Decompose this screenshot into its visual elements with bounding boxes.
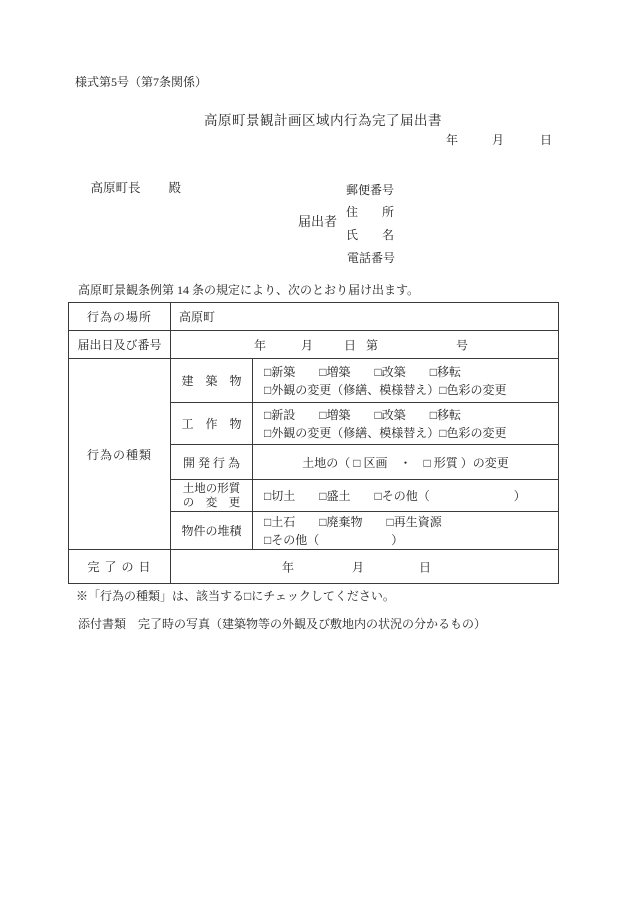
deposit-options-line2: □その他（ ） [264, 531, 558, 549]
completion-label: 完 了 の 日 [69, 550, 171, 584]
notifier-address-label: 住 所 [346, 205, 394, 220]
addressee-line: 高原町長殿 [78, 166, 181, 211]
completion-day-label: 日 [419, 558, 431, 575]
notice-number-suffix: 号 [456, 336, 468, 353]
development-label: 開 発 行 為 [171, 445, 253, 480]
building-options: □新築 □増築 □改築 □移転 □外観の変更（修繕、模様替え）□色彩の変更 [253, 359, 559, 403]
notifier-postal-label: 郵便番号 [346, 183, 394, 198]
attachment-note: 添付書類 完了時の写真（建築物等の外観及び敷地内の状況の分かるもの） [78, 617, 486, 632]
row-building: 行為の種類 建 築 物 □新築 □増築 □改築 □移転 □外観の変更（修繕、模様… [69, 359, 559, 403]
place-label: 行為の場所 [69, 303, 171, 331]
row-place: 行為の場所 高原町 [69, 303, 559, 331]
structure-label: 工 作 物 [171, 403, 253, 445]
row-notice-date-number: 届出日及び番号 年 月 日 第 号 [69, 331, 559, 359]
land-shape-options-line1: □切土 □盛土 □その他（ ） [264, 487, 558, 505]
land-shape-label-line1: 土地の形質 [171, 482, 252, 496]
building-options-line1: □新築 □増築 □改築 □移転 [264, 363, 558, 381]
checkbox-instruction-note: ※「行為の種類」は、該当する□にチェックしてください。 [76, 589, 395, 604]
form-table: 行為の場所 高原町 届出日及び番号 年 月 日 第 号 行為の種類 建 築 物 … [68, 302, 559, 584]
structure-options: □新設 □増築 □改築 □移転 □外観の変更（修繕、模様替え）□色彩の変更 [253, 403, 559, 445]
place-value: 高原町 [171, 303, 559, 331]
notice-number-prefix: 第 [366, 336, 378, 353]
notice-value-cell: 年 月 日 第 号 [171, 331, 559, 359]
kind-label: 行為の種類 [69, 359, 171, 550]
addressee-honorific: 殿 [169, 181, 182, 195]
form-title: 高原町景観計画区域内行為完了届出書 [8, 113, 630, 128]
building-label: 建 築 物 [171, 359, 253, 403]
document-page: 様式第5号（第7条関係） 高原町景観計画区域内行為完了届出書 年 月 日 高原町… [0, 0, 630, 903]
building-options-line2: □外観の変更（修繕、模様替え）□色彩の変更 [264, 381, 558, 399]
notice-year-label: 年 [254, 336, 266, 353]
declaration-text: 高原町景観条例第 14 条の規定により、次のとおり届け出ます。 [78, 283, 419, 298]
date-month-label: 月 [492, 133, 504, 148]
development-options: 土地の（ □ 区画 ・ □ 形質 ）の変更 [253, 445, 559, 480]
completion-year-label: 年 [282, 558, 294, 575]
completion-month-label: 月 [352, 558, 364, 575]
deposit-options: □土石 □廃棄物 □再生資源 □その他（ ） [253, 512, 559, 550]
notifier-phone-label: 電話番号 [347, 251, 395, 266]
notice-day-label: 日 [344, 336, 356, 353]
form-number: 様式第5号（第7条関係） [75, 75, 207, 90]
deposit-label: 物件の堆積 [171, 512, 253, 550]
structure-options-line2: □外観の変更（修繕、模様替え）□色彩の変更 [264, 424, 558, 442]
land-shape-options: □切土 □盛土 □その他（ ） [253, 480, 559, 512]
land-shape-label: 土地の形質 の 変 更 [171, 480, 253, 512]
date-day-label: 日 [540, 133, 552, 148]
completion-value-cell: 年 月 日 [171, 550, 559, 584]
deposit-options-line1: □土石 □廃棄物 □再生資源 [264, 513, 558, 531]
notice-label: 届出日及び番号 [69, 331, 171, 359]
addressee: 高原町長 [91, 181, 141, 195]
notifier-label: 届出者 [298, 214, 337, 229]
notice-month-label: 月 [301, 336, 313, 353]
land-shape-label-line2: の 変 更 [171, 496, 252, 510]
date-year-label: 年 [446, 133, 458, 148]
notifier-name-label: 氏 名 [346, 228, 394, 243]
row-completion-date: 完 了 の 日 年 月 日 [69, 550, 559, 584]
structure-options-line1: □新設 □増築 □改築 □移転 [264, 406, 558, 424]
